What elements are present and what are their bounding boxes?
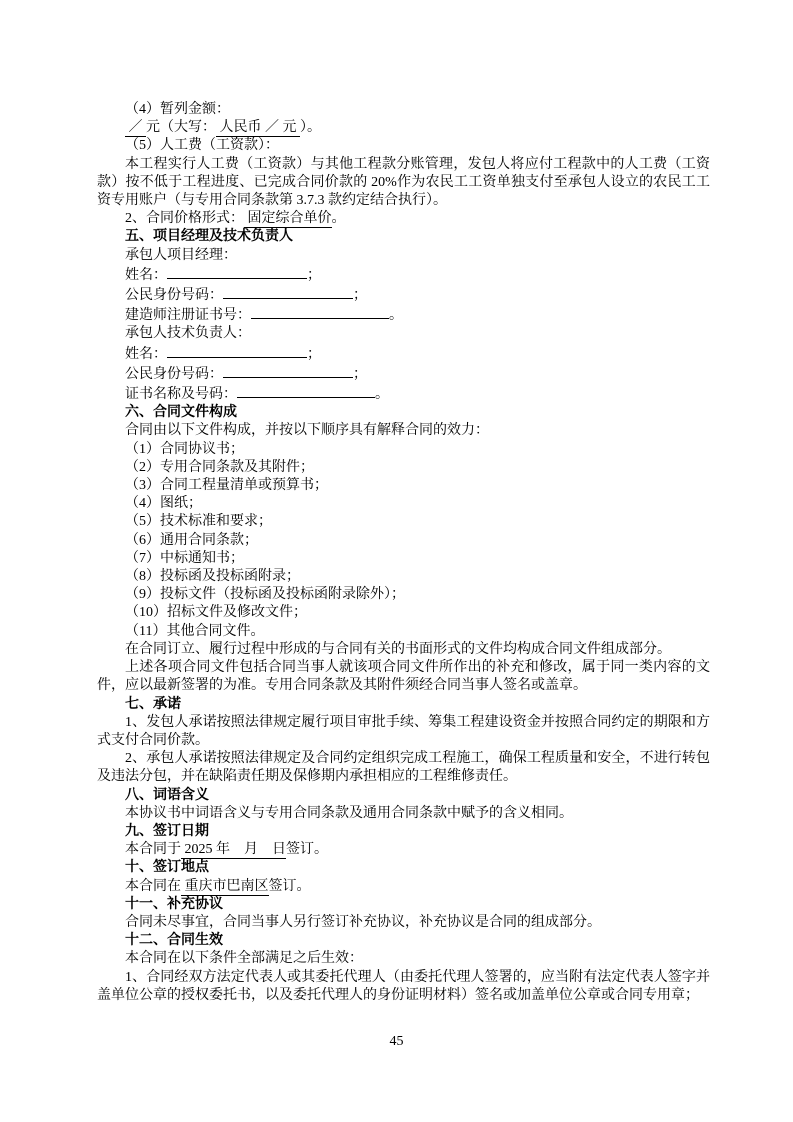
text-run: 合同由以下文件构成，并按以下顺序具有解释合同的效力：	[125, 423, 489, 438]
text-run: 。	[389, 308, 403, 323]
text-run: 签订。	[269, 879, 311, 894]
filled-in-value: ／	[125, 120, 146, 137]
section-heading: 七、承诺	[97, 696, 710, 714]
text-run: 元（大写：	[146, 120, 216, 135]
text-run: （4）图纸；	[125, 496, 202, 511]
text-run: 承包人项目经理：	[125, 248, 237, 263]
text-run: （10）招标文件及修改文件；	[125, 605, 307, 620]
text-run: 十、签订地点	[125, 860, 209, 875]
text-run: 1、发包人承诺按照法律规定履行项目审批手续、筹集工程建设资金并按照合同约定的期限…	[97, 715, 710, 748]
section-heading: 五、项目经理及技术负责人	[97, 228, 710, 246]
text-run: 六、合同文件构成	[125, 405, 237, 420]
section-heading: 六、合同文件构成	[97, 404, 710, 422]
text-run: 九、签订日期	[125, 824, 209, 839]
text-run: （8）投标函及投标函附录；	[125, 569, 300, 584]
blank-field	[223, 285, 353, 299]
text-run: （5）人工费（工资款）：	[125, 138, 279, 153]
text-run: （7）中标通知书；	[125, 551, 244, 566]
text-run: 签订。	[286, 842, 328, 857]
doc-paragraph: 1、合同经双方法定代表人或其委托代理人（由委托代理人签署的，应当附有法定代表人签…	[97, 969, 710, 1005]
text-run: ；	[353, 288, 367, 303]
text-run: （2）专用合同条款及其附件；	[125, 460, 314, 475]
blank-field	[237, 384, 375, 398]
text-run: 姓名：	[125, 268, 167, 283]
doc-paragraph: 公民身份号码：；	[97, 364, 710, 384]
section-heading: 十二、合同生效	[97, 932, 710, 950]
text-run: 承包人技术负责人：	[125, 326, 251, 341]
doc-paragraph: ／ 元（大写： 人民币 ／ 元 ）。	[97, 119, 710, 137]
text-run: （11）其他合同文件。	[125, 624, 264, 639]
doc-paragraph: （3）合同工程量清单或预算书；	[97, 477, 710, 495]
text-run: （6）通用合同条款；	[125, 533, 258, 548]
page-number: 45	[0, 1033, 793, 1051]
text-run: 公民身份号码：	[125, 288, 223, 303]
text-run: 1、合同经双方法定代表人或其委托代理人（由委托代理人签署的，应当附有法定代表人签…	[97, 970, 710, 1003]
doc-paragraph: （4）图纸；	[97, 495, 710, 513]
document-content: （4）暂列金额： ／ 元（大写： 人民币 ／ 元 ）。（5）人工费（工资款）：本…	[97, 101, 710, 1005]
blank-field	[223, 364, 353, 378]
doc-paragraph: （6）通用合同条款；	[97, 532, 710, 550]
doc-paragraph: 本协议书中词语含义与专用合同条款及通用合同条款中赋予的含义相同。	[97, 805, 710, 823]
section-heading: 八、词语含义	[97, 787, 710, 805]
blank-field	[251, 305, 389, 319]
doc-paragraph: 建造师注册证书号：。	[97, 305, 710, 325]
text-run: 本合同在以下条件全部满足之后生效：	[125, 951, 363, 966]
doc-paragraph: 承包人项目经理：	[97, 247, 710, 265]
blank-field	[167, 344, 307, 358]
text-run: ；	[353, 367, 367, 382]
text-run: ）。	[300, 120, 321, 135]
filled-in-value: 2025 年 月 日	[181, 842, 286, 859]
doc-paragraph: （7）中标通知书；	[97, 550, 710, 568]
doc-paragraph: 姓名：；	[97, 344, 710, 364]
doc-paragraph: （10）招标文件及修改文件；	[97, 604, 710, 622]
text-run: ；	[307, 268, 321, 283]
text-run: 2、承包人承诺按照法律规定及合同约定组织完成工程施工，确保工程质量和安全，不进行…	[97, 751, 710, 784]
text-run: 七、承诺	[125, 697, 181, 712]
doc-paragraph: 本工程实行人工费（工资款）与其他工程款分账管理，发包人将应付工程款中的人工费（工…	[97, 156, 710, 211]
doc-paragraph: （5）人工费（工资款）：	[97, 137, 710, 155]
text-run: 公民身份号码：	[125, 367, 223, 382]
text-run: （5）技术标准和要求；	[125, 514, 272, 529]
text-run: 。	[332, 211, 346, 226]
doc-paragraph: 合同未尽事宜，合同当事人另行签订补充协议，补充协议是合同的组成部分。	[97, 914, 710, 932]
doc-paragraph: 本合同在 重庆市巴南区签订。	[97, 878, 710, 896]
doc-paragraph: （5）技术标准和要求；	[97, 513, 710, 531]
doc-paragraph: 2、合同价格形式： 固定综合单价。	[97, 210, 710, 228]
text-run: 合同未尽事宜，合同当事人另行签订补充协议，补充协议是合同的组成部分。	[125, 915, 601, 930]
filled-in-value: 固定综合单价	[244, 211, 332, 228]
doc-paragraph: 在合同订立、履行过程中形成的与合同有关的书面形式的文件均构成合同文件组成部分。	[97, 641, 710, 659]
text-run: 本合同在	[125, 879, 181, 894]
text-run: 五、项目经理及技术负责人	[125, 229, 293, 244]
text-run: （1）合同协议书；	[125, 442, 244, 457]
text-run: 十一、补充协议	[125, 897, 223, 912]
text-run: 在合同订立、履行过程中形成的与合同有关的书面形式的文件均构成合同文件组成部分。	[125, 642, 671, 657]
text-run: 姓名：	[125, 347, 167, 362]
doc-paragraph: （8）投标函及投标函附录；	[97, 568, 710, 586]
text-run: 本协议书中词语含义与专用合同条款及通用合同条款中赋予的含义相同。	[125, 806, 573, 821]
text-run: 2、合同价格形式：	[125, 211, 244, 226]
section-heading: 十、签订地点	[97, 859, 710, 877]
doc-paragraph: 1、发包人承诺按照法律规定履行项目审批手续、筹集工程建设资金并按照合同约定的期限…	[97, 714, 710, 750]
text-run: 本工程实行人工费（工资款）与其他工程款分账管理，发包人将应付工程款中的人工费（工…	[97, 157, 710, 208]
doc-paragraph: （1）合同协议书；	[97, 441, 710, 459]
filled-in-value: 人民币 ／ 元	[216, 120, 300, 137]
blank-field	[167, 265, 307, 279]
doc-paragraph: （4）暂列金额：	[97, 101, 710, 119]
section-heading: 十一、补充协议	[97, 896, 710, 914]
text-run: 本合同于	[125, 842, 181, 857]
text-run: 八、词语含义	[125, 788, 209, 803]
doc-paragraph: 证书名称及号码：。	[97, 384, 710, 404]
doc-paragraph: 姓名：；	[97, 265, 710, 285]
text-run: （9）投标文件（投标函及投标函附录除外）；	[125, 587, 405, 602]
doc-paragraph: （11）其他合同文件。	[97, 623, 710, 641]
doc-paragraph: 本合同于 2025 年 月 日签订。	[97, 841, 710, 859]
text-run: 证书名称及号码：	[125, 387, 237, 402]
text-run: 上述各项合同文件包括合同当事人就该项合同文件所作出的补充和修改，属于同一类内容的…	[97, 660, 710, 693]
doc-paragraph: 2、承包人承诺按照法律规定及合同约定组织完成工程施工，确保工程质量和安全，不进行…	[97, 750, 710, 786]
filled-in-value: 重庆市巴南区	[181, 879, 269, 896]
text-run: 。	[375, 387, 389, 402]
document-page: （4）暂列金额： ／ 元（大写： 人民币 ／ 元 ）。（5）人工费（工资款）：本…	[0, 0, 793, 1122]
doc-paragraph: 公民身份号码：；	[97, 285, 710, 305]
doc-paragraph: 承包人技术负责人：	[97, 325, 710, 343]
text-run: 建造师注册证书号：	[125, 308, 251, 323]
text-run: 十二、合同生效	[125, 933, 223, 948]
doc-paragraph: 合同由以下文件构成，并按以下顺序具有解释合同的效力：	[97, 422, 710, 440]
text-run: ；	[307, 347, 321, 362]
doc-paragraph: 本合同在以下条件全部满足之后生效：	[97, 950, 710, 968]
doc-paragraph: （2）专用合同条款及其附件；	[97, 459, 710, 477]
section-heading: 九、签订日期	[97, 823, 710, 841]
text-run: （3）合同工程量清单或预算书；	[125, 478, 328, 493]
doc-paragraph: （9）投标文件（投标函及投标函附录除外）；	[97, 586, 710, 604]
doc-paragraph: 上述各项合同文件包括合同当事人就该项合同文件所作出的补充和修改，属于同一类内容的…	[97, 659, 710, 695]
text-run: （4）暂列金额：	[125, 102, 230, 117]
